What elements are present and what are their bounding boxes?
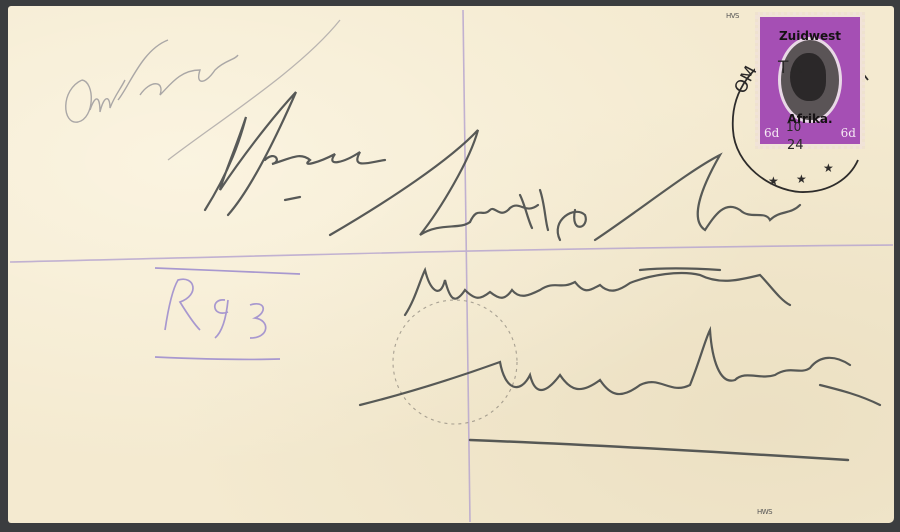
swatt-s <box>330 130 478 235</box>
expert-mark-top: HVS <box>726 12 739 20</box>
postmark-year: 24 <box>787 138 804 153</box>
svg-text:★: ★ <box>768 174 779 188</box>
pencil-diagonal-line <box>168 20 340 160</box>
stamp-value-left: 6d <box>762 126 781 140</box>
underline <box>470 440 848 460</box>
postmark-day: 10 <box>786 120 801 134</box>
postage-stamp: Zuidwest Afrika. 6d 6d <box>755 12 865 149</box>
pencil-note-omtara <box>66 40 238 122</box>
stamp-value-right: 6d <box>839 126 858 140</box>
registration-number-r93 <box>155 268 300 359</box>
merchants <box>405 269 790 316</box>
svg-text:★: ★ <box>796 172 807 186</box>
stamp-overprint-bottom: Afrika. <box>758 112 862 126</box>
windhoek <box>360 330 880 405</box>
messrs-m <box>205 92 296 215</box>
postmark-stars: ★ ★ ★ <box>768 161 834 188</box>
ampersand <box>558 210 586 240</box>
expert-mark-bottom: HWS <box>757 508 772 516</box>
svg-text:★: ★ <box>823 161 834 175</box>
stamp-overprint-top: Zuidwest <box>758 29 862 43</box>
postmark-town-right: TA <box>778 58 805 78</box>
dash <box>285 197 300 200</box>
shaw <box>595 155 800 240</box>
messrs-text <box>265 152 385 164</box>
swatt-text <box>470 190 548 230</box>
